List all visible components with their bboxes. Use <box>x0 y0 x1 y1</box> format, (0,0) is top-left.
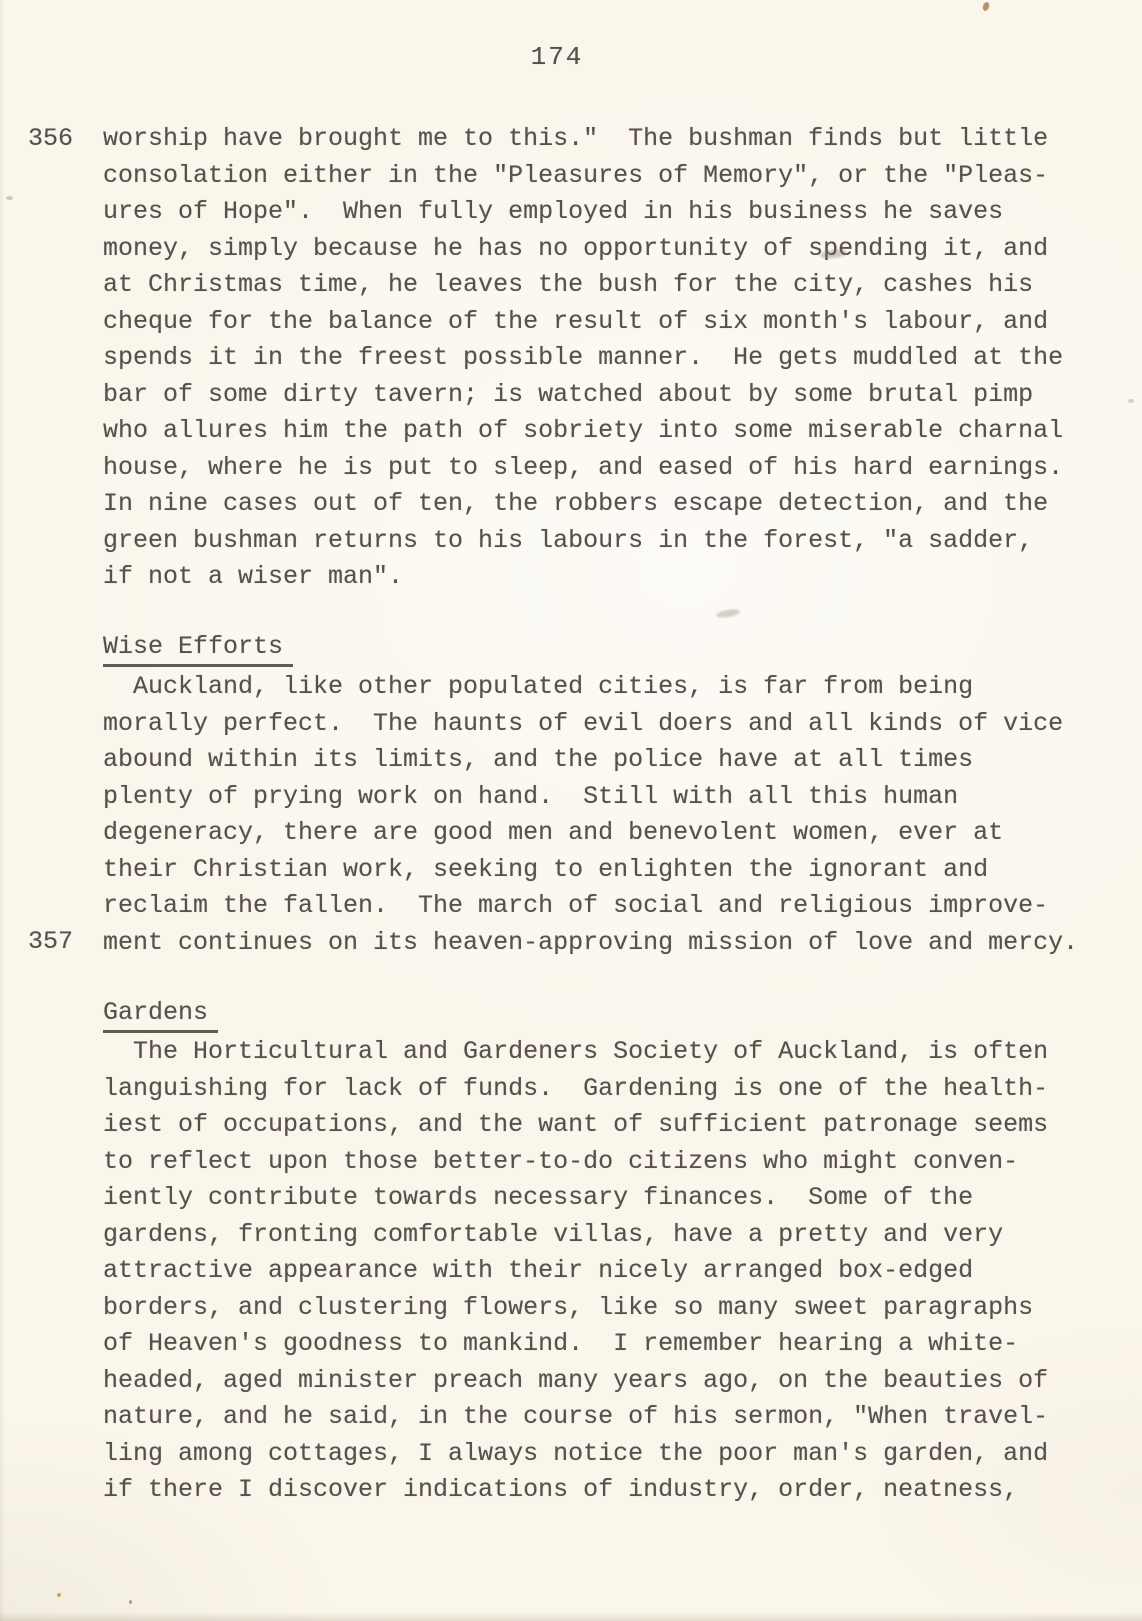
margin-reference-357: 357 <box>28 924 100 961</box>
typed-line: degeneracy, there are good men and benev… <box>103 815 1113 852</box>
heading-wise-efforts: Wise Efforts <box>103 630 293 667</box>
scan-speck <box>6 196 13 200</box>
paragraph-wise-efforts: Auckland, like other populated cities, i… <box>103 669 1113 961</box>
scan-bottom-edge-shadow <box>0 1612 1142 1621</box>
typed-line: consolation either in the "Pleasures of … <box>103 158 1113 195</box>
typed-line: to reflect upon those better-to-do citiz… <box>103 1144 1113 1181</box>
typed-line: house, where he is put to sleep, and eas… <box>103 450 1113 487</box>
typed-line: abound within its limits, and the police… <box>103 742 1113 779</box>
typed-line: of Heaven's goodness to mankind. I remem… <box>103 1326 1113 1363</box>
typed-line: green bushman returns to his labours in … <box>103 523 1113 560</box>
typed-line: their Christian work, seeking to enlight… <box>103 852 1113 889</box>
typed-line: money, simply because he has no opportun… <box>103 231 1113 268</box>
typed-line: if not a wiser man". <box>103 559 1113 596</box>
typed-line: ling among cottages, I always notice the… <box>103 1436 1113 1473</box>
typed-line: ment continues on its heaven-approving m… <box>103 925 1113 962</box>
typed-line: plenty of prying work on hand. Still wit… <box>103 779 1113 816</box>
typed-line: worship have brought me to this." The bu… <box>103 121 1113 158</box>
typed-line: iest of occupations, and the want of suf… <box>103 1107 1113 1144</box>
paragraph-bushman: worship have brought me to this." The bu… <box>103 121 1113 596</box>
typed-line: languishing for lack of funds. Gardening… <box>103 1071 1113 1108</box>
typed-line: In nine cases out of ten, the robbers es… <box>103 486 1113 523</box>
margin-reference-356: 356 <box>28 121 100 158</box>
page-number: 174 <box>0 40 1128 74</box>
scan-speck <box>57 1593 61 1597</box>
typed-line: iently contribute towards necessary fina… <box>103 1180 1113 1217</box>
typed-line: ures of Hope". When fully employed in hi… <box>103 194 1113 231</box>
typed-line: if there I discover indications of indus… <box>103 1472 1113 1509</box>
typed-line: gardens, fronting comfortable villas, ha… <box>103 1217 1113 1254</box>
typed-line: The Horticultural and Gardeners Society … <box>103 1034 1113 1071</box>
typed-line: morally perfect. The haunts of evil doer… <box>103 706 1113 743</box>
scan-left-edge-shadow <box>0 0 5 1621</box>
typed-line: spends it in the freest possible manner.… <box>103 340 1113 377</box>
scan-smudge <box>716 608 741 619</box>
typed-line: who allures him the path of sobriety int… <box>103 413 1113 450</box>
typed-line: borders, and clustering flowers, like so… <box>103 1290 1113 1327</box>
typed-line: nature, and he said, in the course of hi… <box>103 1399 1113 1436</box>
document-page: 174 356 357 worship have brought me to t… <box>0 0 1142 1621</box>
scan-speck <box>982 1 991 12</box>
heading-gardens: Gardens <box>103 996 218 1033</box>
typed-line: at Christmas time, he leaves the bush fo… <box>103 267 1113 304</box>
typed-line: bar of some dirty tavern; is watched abo… <box>103 377 1113 414</box>
typed-line: reclaim the fallen. The march of social … <box>103 888 1113 925</box>
typed-line: headed, aged minister preach many years … <box>103 1363 1113 1400</box>
heading-wise-efforts-text: Wise Efforts <box>103 630 293 667</box>
scan-speck <box>1128 399 1134 403</box>
typed-line: attractive appearance with their nicely … <box>103 1253 1113 1290</box>
heading-gardens-text: Gardens <box>103 996 218 1033</box>
typed-line: cheque for the balance of the result of … <box>103 304 1113 341</box>
scan-speck <box>129 1600 132 1604</box>
paragraph-gardens: The Horticultural and Gardeners Society … <box>103 1034 1113 1509</box>
typed-line: Auckland, like other populated cities, i… <box>103 669 1113 706</box>
